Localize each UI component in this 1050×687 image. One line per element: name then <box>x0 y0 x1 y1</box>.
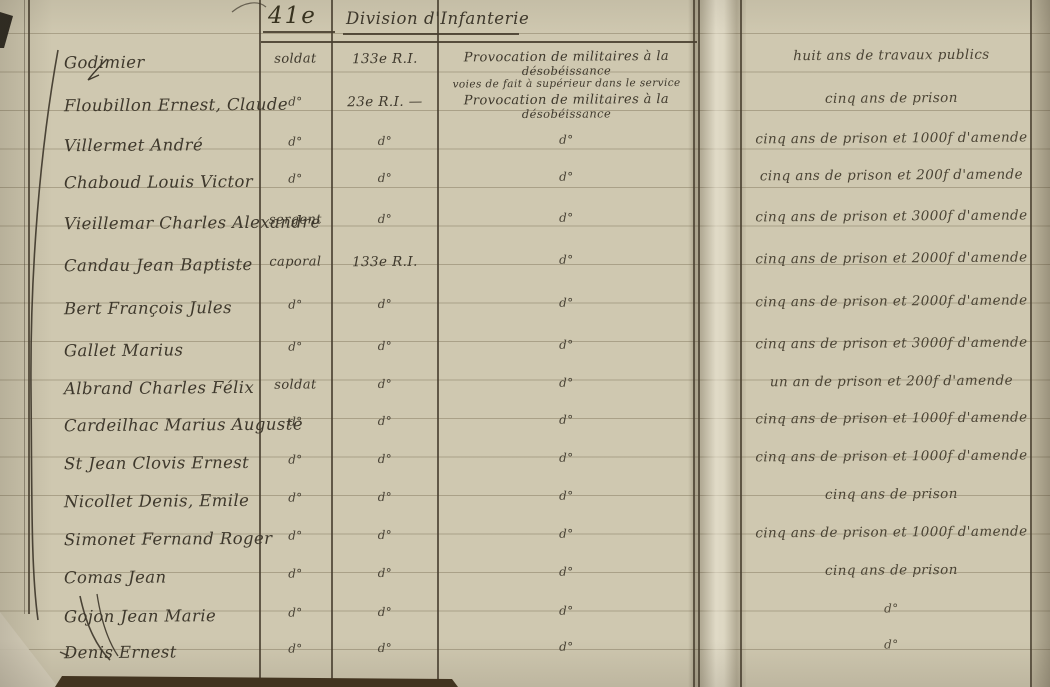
corner-shadow-mark <box>0 12 13 48</box>
cell-name: Candau Jean Baptiste <box>64 255 253 275</box>
cell-regiment: d° <box>333 641 437 656</box>
division-number: 41e <box>268 3 317 29</box>
cell-sentence: cinq ans de prison et 1000f d'amende <box>748 129 1035 147</box>
cell-offense: d° <box>440 169 693 185</box>
cell-sentence: cinq ans de prison et 2000f d'amende <box>748 249 1035 267</box>
cell-name: Simonet Fernand Roger <box>64 529 273 549</box>
table-row: Bert François Jules d° d° d° cinq ans de… <box>0 292 1050 339</box>
cell-offense: d° <box>440 488 693 504</box>
table-row: Chaboud Louis Victor d° d° d° cinq ans d… <box>0 166 1050 213</box>
cell-offense: Provocation de militaires à ladésobéissa… <box>440 49 693 91</box>
cell-sentence: d° <box>748 600 1035 616</box>
cell-rank: d° <box>260 641 331 655</box>
cell-name: Comas Jean <box>64 568 167 588</box>
cell-name: Denis Ernest <box>64 642 177 662</box>
cell-name: Bert François Jules <box>64 298 232 318</box>
cell-name: St Jean Clovis Ernest <box>64 453 249 473</box>
cell-sentence: cinq ans de prison et 3000f d'amende <box>748 207 1035 225</box>
table-row: Vieillemar Charles Alexandre sergent d° … <box>0 207 1050 254</box>
cell-rank: d° <box>260 605 331 619</box>
cell-name: Chaboud Louis Victor <box>64 172 253 192</box>
cell-regiment: d° <box>333 377 437 392</box>
cell-offense: d° <box>440 295 693 311</box>
cell-regiment: d° <box>333 212 437 227</box>
cell-rank: soldat <box>260 377 331 392</box>
cell-rank: d° <box>260 528 331 542</box>
cell-name: Nicollet Denis, Emile <box>64 491 249 511</box>
cell-regiment: d° <box>333 452 437 467</box>
table-row: Godimier soldat 133e R.I. Provocation de… <box>0 46 1050 93</box>
cell-regiment: d° <box>333 490 437 505</box>
cell-offense: Provocation de militaires à ladésobéissa… <box>440 92 693 122</box>
cell-sentence: d° <box>748 636 1035 652</box>
header-rule <box>261 41 697 43</box>
cell-offense: d° <box>440 450 693 466</box>
cell-sentence: un an de prison et 200f d'amende <box>748 372 1035 390</box>
cell-offense: d° <box>440 639 693 655</box>
cell-regiment: d° <box>333 297 437 312</box>
cell-offense: d° <box>440 412 693 428</box>
cell-offense: d° <box>440 210 693 226</box>
register-photo: 41e Division d'Infanterie Godimier solda… <box>0 0 1050 687</box>
cell-sentence: cinq ans de prison et 2000f d'amende <box>748 292 1035 310</box>
cell-sentence: huit ans de travaux publics <box>748 46 1035 64</box>
cell-rank: caporal <box>260 254 331 269</box>
cell-rank: d° <box>260 566 331 580</box>
cell-sentence: cinq ans de prison <box>748 561 1035 579</box>
cell-sentence: cinq ans de prison et 1000f d'amende <box>748 523 1035 541</box>
top-flourish-mark <box>232 3 266 12</box>
division-title: Division d'Infanterie <box>346 9 529 28</box>
cell-offense: d° <box>440 564 693 580</box>
cell-offense: d° <box>440 132 693 148</box>
underline-division-number <box>263 31 335 33</box>
cell-sentence: cinq ans de prison et 1000f d'amende <box>748 447 1035 465</box>
cell-regiment: d° <box>333 528 437 543</box>
cell-name: Albrand Charles Félix <box>64 378 254 398</box>
cell-regiment: d° <box>333 339 437 354</box>
cell-rank: d° <box>260 171 331 185</box>
cell-rank: soldat <box>260 51 331 66</box>
cell-name: Floubillon Ernest, Claude <box>64 95 288 116</box>
cell-sentence: cinq ans de prison et 3000f d'amende <box>748 334 1035 352</box>
cell-regiment: d° <box>333 171 437 186</box>
cell-offense: d° <box>440 252 693 268</box>
cell-rank: d° <box>260 414 331 428</box>
underline-division-title <box>343 33 519 35</box>
cell-sentence: cinq ans de prison et 200f d'amende <box>748 166 1035 184</box>
cell-rank: d° <box>260 452 331 466</box>
cell-regiment: 23e R.I. — <box>333 94 437 111</box>
cell-regiment: d° <box>333 134 437 149</box>
cell-offense: d° <box>440 375 693 391</box>
table-row: Candau Jean Baptiste caporal 133e R.I. d… <box>0 249 1050 296</box>
cell-rank: sergent <box>260 212 331 227</box>
cell-rank: d° <box>260 297 331 311</box>
cell-sentence: cinq ans de prison et 1000f d'amende <box>748 409 1035 427</box>
cell-rank: d° <box>260 94 331 108</box>
table-row: Denis Ernest d° d° d° d° <box>0 636 1050 683</box>
cell-name: Gallet Marius <box>64 340 184 360</box>
cell-name: Gojon Jean Marie <box>64 606 216 626</box>
cell-offense: d° <box>440 526 693 542</box>
cell-rank: d° <box>260 339 331 353</box>
cell-regiment: d° <box>333 414 437 429</box>
cell-name: Villermet André <box>64 135 203 155</box>
cell-name: Godimier <box>64 53 145 73</box>
cell-regiment: 133e R.I. <box>333 51 437 68</box>
cell-regiment: d° <box>333 605 437 620</box>
cell-offense: d° <box>440 337 693 353</box>
cell-rank: d° <box>260 134 331 148</box>
cell-regiment: d° <box>333 566 437 581</box>
cell-rank: d° <box>260 490 331 504</box>
cell-sentence: cinq ans de prison <box>748 89 1035 107</box>
cell-offense: d° <box>440 603 693 619</box>
cell-sentence: cinq ans de prison <box>748 485 1035 503</box>
cell-regiment: 133e R.I. <box>333 254 437 271</box>
